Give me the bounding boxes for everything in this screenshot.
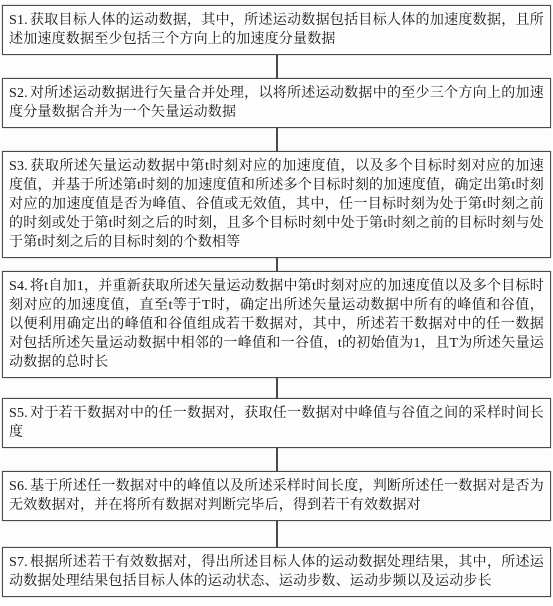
step-box-s4: S4.将t自加1，并重新获取所述矢量运动数据中第t时刻对应的加速度值以及多个目标…: [2, 271, 551, 378]
step-box-s2: S2.对所述运动数据进行矢量合并处理，以将所述运动数据中的至少三个方向上的加速度…: [2, 78, 551, 128]
step-label-s6: S6.: [9, 479, 28, 494]
step-body-s4: 将t自加1，并重新获取所述矢量运动数据中第t时刻对应的加速度值以及多个目标时刻对…: [9, 279, 544, 370]
step-text-s7: S7.根据所述若干有效数据对，得出所述目标人体的运动数据处理结果，其中，所述运动…: [9, 553, 544, 591]
step-body-s6: 基于所述任一数据对中的峰值以及所述采样时间长度，判断所述任一数据对是否为无效数据…: [9, 479, 544, 513]
step-body-s5: 对于若干数据对中的任一数据对，获取任一数据对中峰值与谷值之间的采样时间长度: [9, 406, 544, 440]
step-box-s5: S5.对于若干数据对中的任一数据对，获取任一数据对中峰值与谷值之间的采样时间长度: [2, 398, 551, 448]
step-label-s5: S5.: [9, 406, 28, 421]
connector-line-5: [276, 448, 278, 471]
step-box-s6: S6.基于所述任一数据对中的峰值以及所述采样时间长度，判断所述任一数据对是否为无…: [2, 471, 551, 521]
step-text-s3: S3.获取所述矢量运动数据中第t时刻对应的加速度值，以及多个目标时刻对应的加速度…: [9, 157, 544, 252]
connector-line-2: [276, 128, 278, 151]
step-label-s4: S4.: [9, 279, 28, 294]
step-text-s5: S5.对于若干数据对中的任一数据对，获取任一数据对中峰值与谷值之间的采样时间长度: [9, 404, 544, 442]
step-body-s2: 对所述运动数据进行矢量合并处理，以将所述运动数据中的至少三个方向上的加速度分量数…: [9, 86, 544, 120]
connector-line-1: [276, 55, 278, 78]
step-body-s1: 获取目标人体的运动数据，其中，所述运动数据包括目标人体的加速度数据，且所述加速度…: [9, 13, 544, 47]
connector-line-6: [276, 521, 278, 547]
flowchart: S1.获取目标人体的运动数据，其中，所述运动数据包括目标人体的加速度数据，且所述…: [2, 5, 551, 597]
step-box-s1: S1.获取目标人体的运动数据，其中，所述运动数据包括目标人体的加速度数据，且所述…: [2, 5, 551, 55]
step-box-s3: S3.获取所述矢量运动数据中第t时刻对应的加速度值，以及多个目标时刻对应的加速度…: [2, 151, 551, 258]
step-text-s4: S4.将t自加1，并重新获取所述矢量运动数据中第t时刻对应的加速度值以及多个目标…: [9, 277, 544, 372]
step-text-s6: S6.基于所述任一数据对中的峰值以及所述采样时间长度，判断所述任一数据对是否为无…: [9, 477, 544, 515]
connector-line-3: [276, 258, 278, 271]
step-box-s7: S7.根据所述若干有效数据对，得出所述目标人体的运动数据处理结果，其中，所述运动…: [2, 547, 551, 597]
step-label-s1: S1.: [9, 13, 28, 28]
step-label-s3: S3.: [9, 159, 28, 174]
connector-line-4: [276, 378, 278, 398]
step-text-s1: S1.获取目标人体的运动数据，其中，所述运动数据包括目标人体的加速度数据，且所述…: [9, 11, 544, 49]
step-label-s7: S7.: [9, 555, 28, 570]
step-label-s2: S2.: [9, 86, 28, 101]
step-body-s3: 获取所述矢量运动数据中第t时刻对应的加速度值，以及多个目标时刻对应的加速度值，并…: [9, 159, 544, 250]
step-body-s7: 根据所述若干有效数据对，得出所述目标人体的运动数据处理结果，其中，所述运动数据处…: [9, 555, 544, 589]
step-text-s2: S2.对所述运动数据进行矢量合并处理，以将所述运动数据中的至少三个方向上的加速度…: [9, 84, 544, 122]
